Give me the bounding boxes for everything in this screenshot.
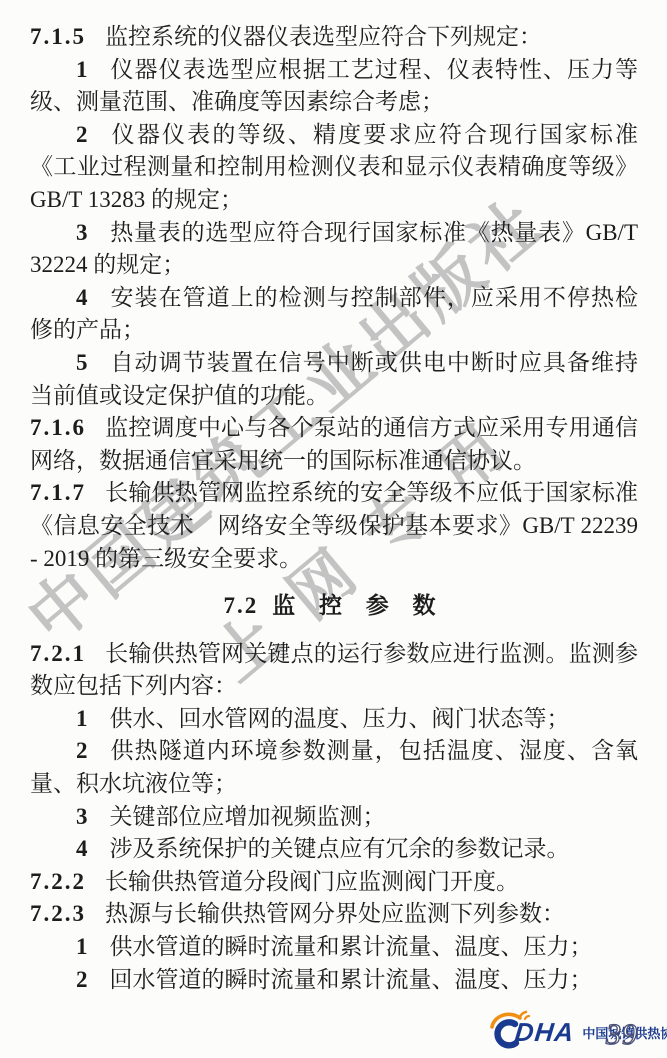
clause-text: 监控系统的仪器仪表选型应符合下列规定： xyxy=(105,24,542,49)
page-number: 39 xyxy=(606,1020,638,1050)
clause-number: 7.1.5 xyxy=(30,24,86,49)
clause-number: 2 xyxy=(76,967,88,992)
clause-number: 3 xyxy=(76,804,88,829)
list-item: 1供水、回水管网的温度、压力、阀门状态等； xyxy=(30,703,638,736)
clause-text: 回水管道的瞬时流量和累计流量、温度、压力； xyxy=(110,967,593,992)
clause-text: 仪器仪表的等级、精度要求应符合现行国家标准《工业过程测量和控制用检测仪表和显示仪… xyxy=(30,122,638,212)
clause-number: 7.1.7 xyxy=(30,480,86,505)
clause-text: 供水管道的瞬时流量和累计流量、温度、压力； xyxy=(110,934,593,959)
list-item: 2供热隧道内环境参数测量，包括温度、湿度、含氧量、积水坑液位等； xyxy=(30,735,638,800)
clause-text: 安装在管道上的检测与控制部件，应采用不停热检修的产品； xyxy=(30,285,638,343)
list-item: 2仪器仪表的等级、精度要求应符合现行国家标准《工业过程测量和控制用检测仪表和显示… xyxy=(30,119,638,217)
list-item: 4涉及系统保护的关键点应有冗余的参数记录。 xyxy=(30,833,638,866)
list-item: 3关键部位应增加视频监测； xyxy=(30,801,638,834)
clause-number: 4 xyxy=(76,285,88,310)
clause-text: 供热隧道内环境参数测量，包括温度、湿度、含氧量、积水坑液位等； xyxy=(30,738,638,796)
list-item: 1供水管道的瞬时流量和累计流量、温度、压力； xyxy=(30,931,638,964)
clause-text: 监控调度中心与各个泵站的通信方式应采用专用通信网络，数据通信宜采用统一的国际标准… xyxy=(30,415,638,473)
clause-number: 1 xyxy=(76,706,88,731)
clause-number: 5 xyxy=(76,350,88,375)
clause-paragraph: 7.1.7长输供热管网监控系统的安全等级不应低于国家标准《信息安全技术 网络安全… xyxy=(30,477,638,575)
clause-number: 2 xyxy=(76,738,88,763)
clause-paragraph: 7.2.1长输供热管网关键点的运行参数应进行监测。监测参数应包括下列内容： xyxy=(30,638,638,703)
list-item: 4安装在管道上的检测与控制部件，应采用不停热检修的产品； xyxy=(30,282,638,347)
clause-number: 7.2.3 xyxy=(30,901,86,926)
clause-text: 长输供热管道分段阀门应监测阀门开度。 xyxy=(105,869,519,894)
list-item: 1仪器仪表选型应根据工艺过程、仪表特性、压力等级、测量范围、准确度等因素综合考虑… xyxy=(30,54,638,119)
clause-text: 监 控 参 数 xyxy=(272,593,444,618)
clause-number: 7.2.1 xyxy=(30,641,86,666)
clause-text: 长输供热管网关键点的运行参数应进行监测。监测参数应包括下列内容： xyxy=(30,641,638,699)
clause-paragraph: 7.1.6监控调度中心与各个泵站的通信方式应采用专用通信网络，数据通信宜采用统一… xyxy=(30,412,638,477)
clause-paragraph: 7.2.3热源与长输供热管网分界处应监测下列参数： xyxy=(30,898,638,931)
clause-text: 仪器仪表选型应根据工艺过程、仪表特性、压力等级、测量范围、准确度等因素综合考虑； xyxy=(30,57,638,115)
clause-text: 涉及系统保护的关键点应有冗余的参数记录。 xyxy=(110,836,570,861)
clause-text: 长输供热管网监控系统的安全等级不应低于国家标准《信息安全技术 网络安全等级保护基… xyxy=(30,480,638,570)
list-item: 3热量表的选型应符合现行国家标准《热量表》GB/T 32224 的规定； xyxy=(30,217,638,282)
clause-text: 自动调节装置在信号中断或供电中断时应具备维持当前值或设定保护值的功能。 xyxy=(30,350,638,408)
clause-text: 热量表的选型应符合现行国家标准《热量表》GB/T 32224 的规定； xyxy=(30,220,638,278)
document-page: 中国建筑工业出版社 上网专用 7.1.5监控系统的仪器仪表选型应符合下列规定：1… xyxy=(0,0,667,1058)
list-item: 5自动调节装置在信号中断或供电中断时应具备维持当前值或设定保护值的功能。 xyxy=(30,347,638,412)
clause-number: 7.2 xyxy=(224,593,259,618)
clause-number: 1 xyxy=(76,57,88,82)
clause-text: 关键部位应增加视频监测； xyxy=(110,804,386,829)
clause-number: 7.2.2 xyxy=(30,869,86,894)
clause-number: 3 xyxy=(76,220,88,245)
section-heading: 7.2监 控 参 数 xyxy=(30,590,638,623)
clause-number: 2 xyxy=(76,122,88,147)
page-footer: DHA 中国城镇供热协会 39 xyxy=(0,1000,667,1058)
association-logo: DHA 中国城镇供热协会 xyxy=(486,1005,667,1053)
clause-number: 7.1.6 xyxy=(30,415,86,440)
logo-acronym: DHA xyxy=(514,1019,576,1045)
clause-text: 热源与长输供热管网分界处应监测下列参数： xyxy=(105,901,565,926)
clause-text: 供水、回水管网的温度、压力、阀门状态等； xyxy=(110,706,570,731)
clause-paragraph: 7.1.5监控系统的仪器仪表选型应符合下列规定： xyxy=(30,21,638,54)
document-body: 7.1.5监控系统的仪器仪表选型应符合下列规定：1仪器仪表选型应根据工艺过程、仪… xyxy=(30,21,638,996)
list-item: 2回水管道的瞬时流量和累计流量、温度、压力； xyxy=(30,964,638,997)
clause-paragraph: 7.2.2长输供热管道分段阀门应监测阀门开度。 xyxy=(30,866,638,899)
clause-number: 4 xyxy=(76,836,88,861)
clause-number: 1 xyxy=(76,934,88,959)
